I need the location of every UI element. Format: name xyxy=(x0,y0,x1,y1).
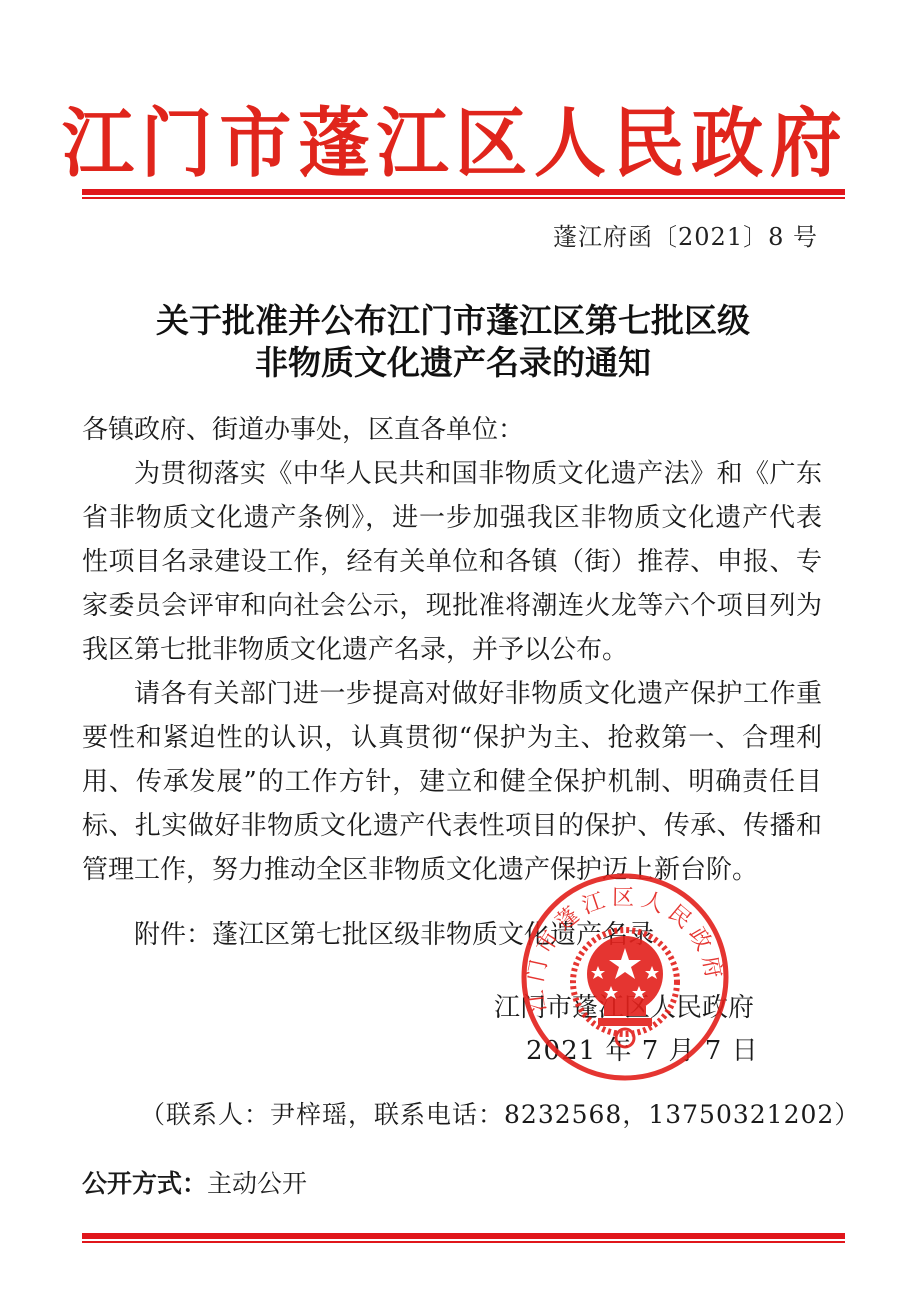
masthead-char: 政 xyxy=(691,82,763,191)
disclosure-value: 主动公开 xyxy=(207,1169,307,1198)
masthead-char: 蓬 xyxy=(298,82,370,191)
disclosure-label: 公开方式： xyxy=(82,1169,207,1198)
masthead-char: 门 xyxy=(141,82,213,191)
red-footer-rule xyxy=(82,1233,845,1243)
masthead-char: 江 xyxy=(62,82,134,191)
masthead-char: 府 xyxy=(770,82,842,191)
title-line-2: 非物质文化遗产名录的通知 xyxy=(60,342,846,384)
addressee: 各镇政府、街道办事处，区直各单位： xyxy=(82,408,822,452)
signature-date: 2021 年 7 月 7 日 xyxy=(526,1030,759,1067)
masthead-char: 人 xyxy=(534,82,606,191)
issuer-masthead: 江 门 市 蓬 江 区 人 民 政 府 xyxy=(62,92,842,182)
title-line-1: 关于批准并公布江门市蓬江区第七批区级 xyxy=(60,300,846,342)
document-number: 蓬江府函〔2021〕8 号 xyxy=(553,217,818,252)
contact-info: （联系人：尹梓瑶，联系电话：8232568，13750321202） xyxy=(140,1095,860,1131)
masthead-char: 江 xyxy=(377,82,449,191)
masthead-char: 市 xyxy=(219,82,291,191)
document-body: 各镇政府、街道办事处，区直各单位： 为贯彻落实《中华人民共和国非物质文化遗产法》… xyxy=(82,408,822,892)
document-page: 江 门 市 蓬 江 区 人 民 政 府 蓬江府函〔2021〕8 号 关于批准并公… xyxy=(0,0,906,1313)
masthead-char: 区 xyxy=(455,82,527,191)
masthead-char: 民 xyxy=(613,82,685,191)
red-header-rule xyxy=(82,189,845,199)
attachment-line: 附件：蓬江区第七批区级非物质文化遗产名录 xyxy=(134,914,654,951)
signature-organization: 江门市蓬江区人民政府 xyxy=(494,987,754,1024)
body-paragraph-2: 请各有关部门进一步提高对做好非物质文化遗产保护工作重要性和紧迫性的认识，认真贯彻… xyxy=(82,672,822,892)
document-title: 关于批准并公布江门市蓬江区第七批区级 非物质文化遗产名录的通知 xyxy=(60,300,846,384)
disclosure-method: 公开方式：主动公开 xyxy=(82,1164,307,1200)
body-paragraph-1: 为贯彻落实《中华人民共和国非物质文化遗产法》和《广东省非物质文化遗产条例》，进一… xyxy=(82,452,822,672)
